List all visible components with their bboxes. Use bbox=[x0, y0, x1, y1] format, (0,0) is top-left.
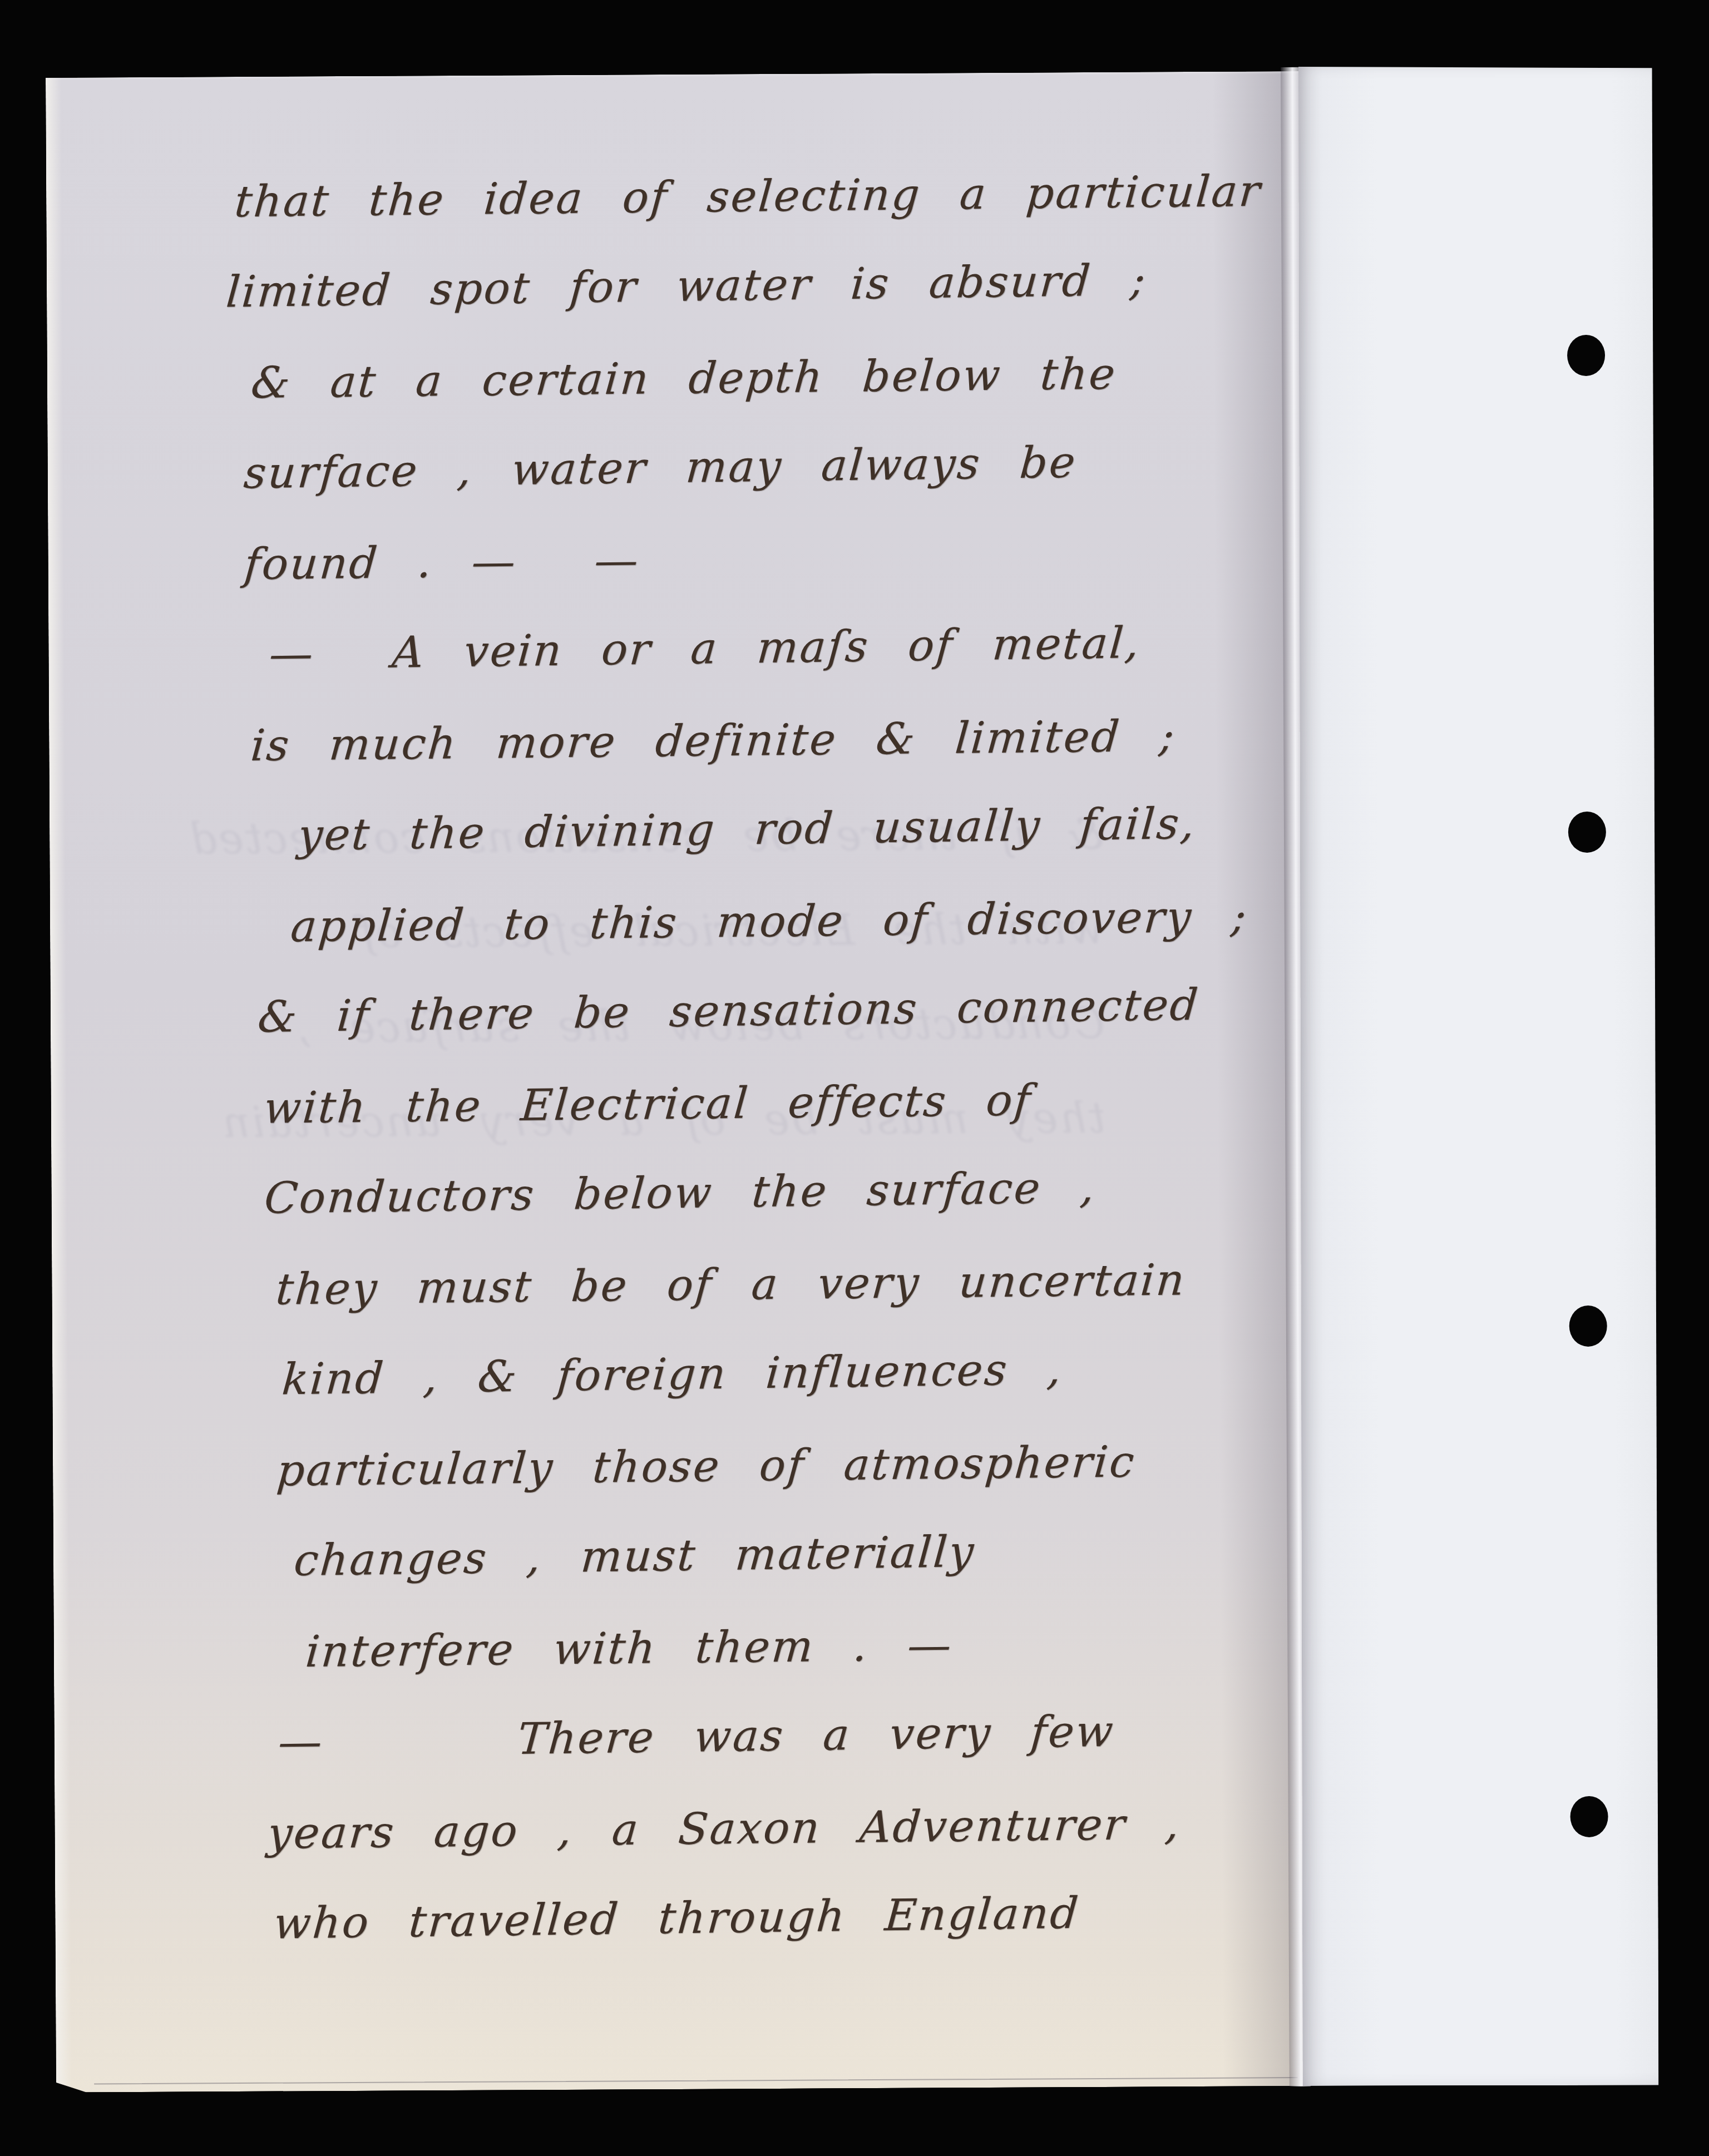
manuscript-line: interfere with them . — bbox=[51, 1600, 1312, 1704]
manuscript-line: & at a certain depth below the bbox=[44, 330, 1306, 434]
manuscript-line: surface , water may always be bbox=[45, 418, 1306, 525]
manuscript-line: who travelled through England bbox=[52, 1868, 1313, 1976]
manuscript-line: applied to this mode of discovery ; bbox=[47, 874, 1308, 978]
manuscript-line: & if there be sensations connected bbox=[47, 962, 1309, 1069]
manuscript-line: Conductors below the surface , bbox=[48, 1143, 1310, 1250]
manuscript-line: — There was a very few bbox=[51, 1687, 1313, 1794]
manuscript-line: years ago , a Saxon Adventurer , bbox=[51, 1781, 1313, 1885]
punch-hole bbox=[1570, 1796, 1608, 1837]
handwritten-text: that the idea of selecting a particular … bbox=[46, 156, 1310, 1976]
manuscript-line: yet the divining rod usually fails, bbox=[46, 780, 1308, 888]
manuscript-line: — A vein or a maſs of metal, bbox=[45, 599, 1307, 706]
photo-backdrop: that the idea of selecting a particular … bbox=[0, 0, 1709, 2156]
manuscript-line: is much more definite & limited ; bbox=[46, 693, 1307, 797]
second-sheet bbox=[1298, 66, 1659, 2086]
manuscript-line: kind , & foreign influences , bbox=[49, 1324, 1311, 1432]
manuscript-line: that the idea of selecting a particular bbox=[43, 149, 1305, 253]
manuscript-line: changes , must materially bbox=[50, 1506, 1312, 1613]
manuscript-line: limited spot for water is absurd ; bbox=[43, 236, 1305, 344]
punch-hole bbox=[1568, 812, 1606, 853]
manuscript-line: they must be of a very uncertain bbox=[48, 1237, 1310, 1341]
manuscript-line: with the Electrical effects of bbox=[48, 1056, 1310, 1160]
manuscript-line: particularly those of atmospheric bbox=[50, 1418, 1311, 1522]
page-bottom-edge bbox=[94, 2077, 1298, 2084]
manuscript-line: found . — — bbox=[45, 512, 1306, 616]
punch-hole bbox=[1567, 335, 1605, 376]
manuscript-page: that the idea of selecting a particular … bbox=[46, 71, 1311, 2093]
punch-hole bbox=[1569, 1306, 1607, 1347]
